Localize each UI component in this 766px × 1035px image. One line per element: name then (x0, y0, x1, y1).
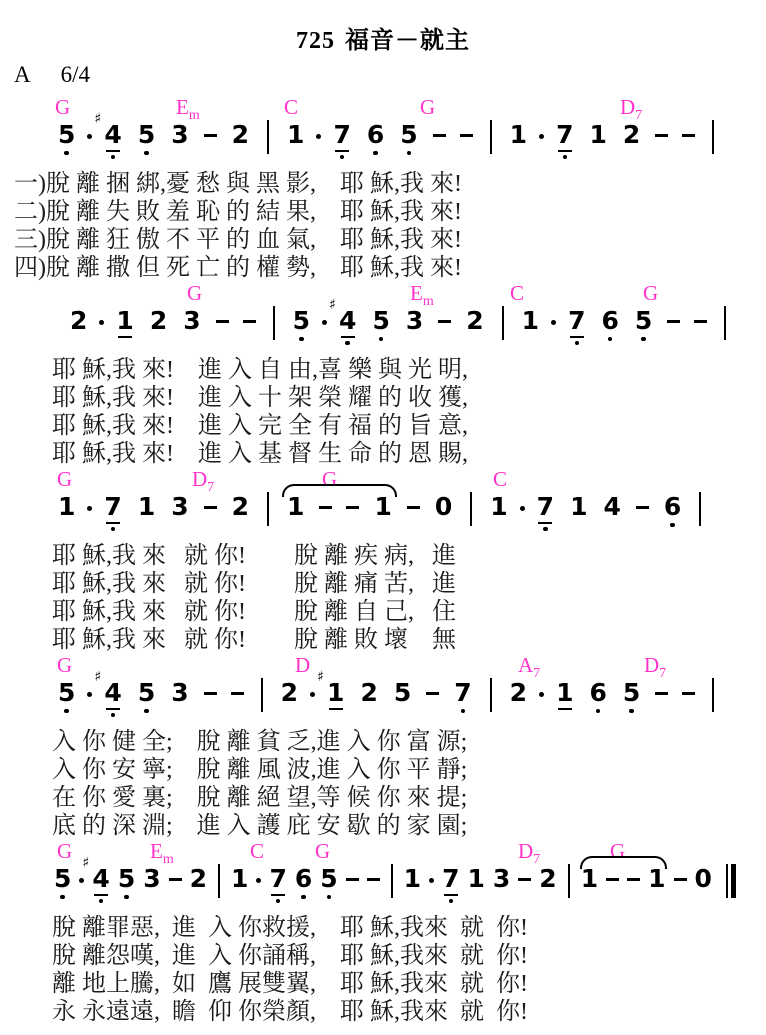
note-digit: 2 (360, 680, 377, 706)
note-digit: 5 (394, 680, 411, 706)
note: 5 (58, 680, 75, 713)
lyrics-block: 脫 離罪惡, 進 入 你救援, 耶 穌,我來 就 你!脫 離怨嘆, 進 入 你誦… (52, 914, 766, 1026)
lyric-line: 耶 穌,我 來! 進 入 十 架 榮 耀 的 收 獲, (52, 384, 766, 412)
note: 3 (171, 494, 188, 520)
low-octave-dot (670, 523, 675, 528)
hymn-page: 725福音－就主 A6/4 GEmCGD75♯453217651712一)脫 離… (0, 0, 766, 1035)
eighth-underline (558, 708, 572, 711)
hymn-number: 725 (296, 28, 335, 54)
final-barline (726, 864, 736, 898)
chord-subscript: 7 (533, 666, 540, 681)
note-digit: 6 (589, 680, 606, 706)
sharp-icon: ♯ (329, 299, 336, 311)
low-octave-dot (327, 895, 332, 900)
note-digit: 4 (339, 308, 356, 334)
low-octave-dot (629, 709, 634, 714)
augmentation-dot (429, 878, 434, 883)
note-digit: 1 (581, 866, 598, 892)
eighth-underline (106, 708, 120, 711)
note: 7 (537, 494, 554, 531)
final-barline-thin (726, 864, 728, 898)
barline (391, 864, 393, 898)
duration-dash (682, 134, 695, 137)
augmentation-dot (316, 134, 321, 139)
eighth-underline (106, 522, 120, 525)
note-digit: 0 (435, 494, 452, 520)
augmentation-dot (539, 692, 544, 697)
note-digit: 1 (467, 866, 484, 892)
lyric-line: 底 的 深 淵; 進 入 護 庇 安 歇 的 家 園; (52, 812, 766, 840)
duration-dash (231, 692, 244, 695)
augmentation-dot (87, 692, 92, 697)
duration-dash (367, 878, 380, 881)
low-octave-dot (543, 527, 548, 532)
system: GEmCGD75♯453217651712一)脫 離 捆 綁,憂 愁 與 黑 影… (0, 96, 766, 282)
note-digit: 7 (269, 866, 286, 892)
note: 5 (293, 308, 310, 341)
hymn-title-text: 福音－就主 (345, 28, 470, 54)
lyric-line: 二)脫 離 失 敗 羞 恥 的 結 果, 耶 穌,我 來! (14, 198, 766, 226)
low-octave-dot (340, 155, 345, 160)
duration-dash (243, 320, 256, 323)
low-octave-dot (144, 151, 149, 156)
time-signature: 6/4 (61, 62, 90, 87)
note: 1 (589, 122, 606, 148)
note-digit: 2 (539, 866, 556, 892)
eighth-underline (106, 150, 120, 153)
note: 1 (570, 494, 587, 520)
duration-dash (346, 506, 359, 509)
note: 1 (374, 494, 391, 520)
chord-row: GEmCGD7 (0, 96, 766, 121)
note-digit: 5 (623, 680, 640, 706)
chord-root: C (284, 95, 298, 119)
score: GEmCGD75♯453217651712一)脫 離 捆 綁,憂 愁 與 黑 影… (0, 96, 766, 1026)
note: 5 (138, 680, 155, 713)
duration-dash (606, 878, 619, 881)
duration-dash (674, 878, 687, 881)
barline (724, 306, 726, 340)
lyric-line: 一)脫 離 捆 綁,憂 愁 與 黑 影, 耶 穌,我 來! (14, 170, 766, 198)
low-octave-dot (64, 709, 69, 714)
duration-dash (655, 134, 668, 137)
chord-root: G (55, 95, 70, 119)
note: 3 (171, 122, 188, 148)
chord-root: E (150, 839, 163, 863)
chord-root: D (518, 839, 533, 863)
note-digit: 7 (537, 494, 554, 520)
low-octave-dot (449, 899, 454, 904)
eighth-underline (341, 336, 355, 339)
lyric-line: 耶 穌,我 來 就 你! 脫 離 敗 壞 無 (52, 626, 766, 654)
barline (261, 678, 263, 712)
note-digit: 1 (570, 494, 587, 520)
duration-dash (518, 878, 531, 881)
duration-dash (169, 878, 182, 881)
chord-root: E (176, 95, 189, 119)
augmentation-dot (520, 506, 525, 511)
eighth-underline (271, 894, 285, 897)
note-digit: 5 (58, 122, 75, 148)
low-octave-dot (641, 337, 646, 342)
key-signature-row: A6/4 (14, 62, 766, 94)
note-digit: 1 (327, 680, 344, 706)
note: 7 (333, 122, 350, 159)
low-octave-dot (111, 155, 116, 160)
note: 6 (664, 494, 681, 527)
note-digit: 3 (183, 308, 200, 334)
note: 2 (539, 866, 556, 892)
chord-root: C (493, 467, 507, 491)
note-digit: 3 (493, 866, 510, 892)
low-octave-dot (64, 151, 69, 156)
note-digit: 6 (601, 308, 618, 334)
system: GDA7D75♯4532♯12572165入 你 健 全; 脫 離 貧 乏,進 … (0, 654, 766, 840)
chord-symbol: D7 (192, 468, 214, 499)
note: 5 (400, 122, 417, 155)
barline (470, 492, 472, 526)
low-octave-dot (111, 527, 116, 532)
low-octave-dot (60, 895, 65, 900)
lyric-line: 脫 離怨嘆, 進 入 你誦稱, 耶 穌,我來 就 你! (52, 942, 766, 970)
duration-dash (636, 506, 649, 509)
chord-symbol: D (295, 654, 310, 676)
duration-dash (426, 692, 439, 695)
tie-group: 11 (279, 494, 400, 520)
note: 2 (623, 122, 640, 148)
augmentation-dot (87, 134, 92, 139)
augmentation-dot (256, 878, 261, 883)
note: 6 (601, 308, 618, 341)
note: 1 (581, 866, 598, 892)
low-octave-dot (563, 155, 568, 160)
eighth-underline (335, 150, 349, 153)
note-digit: 5 (372, 308, 389, 334)
lyric-line: 耶 穌,我 來! 進 入 自 由,喜 樂 與 光 明, (52, 356, 766, 384)
note: 2 (232, 494, 249, 520)
note-digit: 7 (556, 122, 573, 148)
chord-subscript: m (163, 852, 174, 867)
duration-dash (319, 506, 332, 509)
note-digit: 3 (406, 308, 423, 334)
eighth-underline (94, 894, 108, 897)
lyric-line: 入 你 安 寧; 脫 離 風 波,進 入 你 平 靜; (52, 756, 766, 784)
system: GEmCGD7G5♯4532176517132110脫 離罪惡, 進 入 你救援… (0, 840, 766, 1026)
note: 1 (648, 866, 665, 892)
note-digit: 1 (648, 866, 665, 892)
note-digit: 2 (232, 494, 249, 520)
augmentation-dot (87, 506, 92, 511)
chord-symbol: D7 (644, 654, 666, 685)
note: 3 (183, 308, 200, 334)
note: 1 (287, 122, 304, 148)
note-digit: 2 (70, 308, 87, 334)
key-letter: A (14, 62, 31, 87)
note: 1 (116, 308, 133, 338)
lyric-line: 離 地上騰, 如 鷹 展雙翼, 耶 穌,我來 就 你! (52, 970, 766, 998)
note-digit: 6 (664, 494, 681, 520)
note: 2 (510, 680, 527, 706)
note: 2 (150, 308, 167, 334)
note: 4 (603, 494, 620, 520)
chord-root: A (518, 653, 533, 677)
final-barline-thick (731, 864, 736, 898)
note: 1 (556, 680, 573, 710)
lyric-line: 在 你 愛 裏; 脫 離 絕 望,等 候 你 來 提; (52, 784, 766, 812)
note-digit: 6 (367, 122, 384, 148)
note-digit: 5 (635, 308, 652, 334)
note: 2 (232, 122, 249, 148)
note: 3 (493, 866, 510, 892)
low-octave-dot (111, 713, 116, 718)
duration-dash (216, 320, 229, 323)
low-octave-dot (276, 899, 281, 904)
augmentation-dot (551, 320, 556, 325)
note: 1 (404, 866, 421, 892)
note: 1 (231, 866, 248, 892)
note-digit: 2 (510, 680, 527, 706)
sharp-icon: ♯ (317, 671, 324, 683)
eighth-underline (329, 708, 343, 711)
note: ♯4 (104, 680, 121, 717)
chord-symbol: C (510, 282, 524, 304)
lyric-line: 永 永遠遠, 瞻 仰 你榮顏, 耶 穌,我來 就 你! (52, 998, 766, 1026)
low-octave-dot (379, 337, 384, 342)
note: 5 (623, 680, 640, 713)
lyrics-block: 耶 穌,我 來 就 你! 脫 離 疾 病, 進耶 穌,我 來 就 你! 脫 離 … (52, 542, 766, 654)
note: 6 (295, 866, 312, 899)
duration-dash (204, 692, 217, 695)
low-octave-dot (407, 151, 412, 156)
chord-symbol: G (315, 840, 330, 862)
lyric-line: 三)脫 離 狂 傲 不 平 的 血 氣, 耶 穌,我 來! (14, 226, 766, 254)
note: 5 (118, 866, 135, 899)
chord-symbol: C (250, 840, 264, 862)
eighth-underline (538, 522, 552, 525)
chord-root: D (192, 467, 207, 491)
sharp-icon: ♯ (94, 671, 101, 683)
note-digit: 1 (490, 494, 507, 520)
note-digit: 1 (138, 494, 155, 520)
chord-row: GDA7D7 (0, 654, 766, 679)
note-digit: 4 (92, 866, 109, 892)
lyric-line: 耶 穌,我 來 就 你! 脫 離 自 己, 住 (52, 598, 766, 626)
note: 7 (556, 122, 573, 159)
note: 5 (394, 680, 411, 706)
note-digit: 5 (138, 122, 155, 148)
duration-dash (682, 692, 695, 695)
eighth-underline (118, 336, 132, 339)
note: ♯4 (92, 866, 109, 903)
note: 1 (467, 866, 484, 892)
note: 5 (372, 308, 389, 341)
lyric-line: 脫 離罪惡, 進 入 你救援, 耶 穌,我來 就 你! (52, 914, 766, 942)
note: 5 (54, 866, 71, 899)
note-digit: 5 (138, 680, 155, 706)
note-digit: 2 (281, 680, 298, 706)
hymn-title: 725福音－就主 (0, 20, 766, 54)
note: 6 (589, 680, 606, 713)
note-digit: 6 (295, 866, 312, 892)
note: 1 (490, 494, 507, 520)
note-digit: 7 (454, 680, 471, 706)
barline (267, 492, 269, 526)
augmentation-dot (539, 134, 544, 139)
note-digit: 3 (171, 494, 188, 520)
chord-root: D (620, 95, 635, 119)
note-digit: 7 (104, 494, 121, 520)
chord-root: C (510, 281, 524, 305)
note-digit: 1 (404, 866, 421, 892)
note-digit: 1 (510, 122, 527, 148)
duration-dash (694, 320, 707, 323)
note: 7 (104, 494, 121, 531)
note: 5 (635, 308, 652, 341)
note-digit: 2 (232, 122, 249, 148)
sharp-icon: ♯ (82, 857, 89, 869)
chord-symbol: G (57, 840, 72, 862)
system: GD7GC1713211017146耶 穌,我 來 就 你! 脫 離 疾 病, … (0, 468, 766, 654)
music-row: 5♯4532176517132110 (50, 866, 766, 912)
low-octave-dot (301, 895, 306, 900)
note-digit: 3 (143, 866, 160, 892)
note-digit: 3 (171, 122, 188, 148)
note: 1 (522, 308, 539, 334)
augmentation-dot (99, 320, 104, 325)
chord-subscript: m (189, 108, 200, 123)
barline (273, 306, 275, 340)
lyrics-block: 耶 穌,我 來! 進 入 自 由,喜 樂 與 光 明,耶 穌,我 來! 進 入 … (52, 356, 766, 468)
note: 3 (406, 308, 423, 334)
lyric-line: 耶 穌,我 來! 進 入 基 督 生 命 的 恩 賜, (52, 440, 766, 468)
note: 2 (466, 308, 483, 334)
note: 0 (695, 866, 712, 892)
lyric-line: 入 你 健 全; 脫 離 貧 乏,進 入 你 富 源; (52, 728, 766, 756)
note-digit: 2 (623, 122, 640, 148)
note: ♯1 (327, 680, 344, 710)
note-digit: 1 (287, 494, 304, 520)
note: 1 (510, 122, 527, 148)
note: 1 (138, 494, 155, 520)
augmentation-dot (310, 692, 315, 697)
note-digit: 2 (466, 308, 483, 334)
note: ♯4 (339, 308, 356, 345)
note-digit: 1 (522, 308, 539, 334)
duration-dash (346, 878, 359, 881)
note-digit: 1 (589, 122, 606, 148)
chord-subscript: 7 (207, 480, 214, 495)
note: 1 (287, 494, 304, 520)
chord-root: G (57, 653, 72, 677)
low-octave-dot (575, 341, 580, 346)
chord-symbol: D7 (518, 840, 540, 871)
chord-root: D (295, 653, 310, 677)
duration-dash (204, 506, 217, 509)
note: 3 (143, 866, 160, 892)
chord-root: D (644, 653, 659, 677)
duration-dash (438, 320, 451, 323)
low-octave-dot (99, 899, 104, 904)
note: ♯4 (104, 122, 121, 159)
chord-root: C (250, 839, 264, 863)
note-digit: 0 (695, 866, 712, 892)
note-digit: 1 (287, 122, 304, 148)
barline (712, 678, 714, 712)
note-digit: 7 (333, 122, 350, 148)
low-octave-dot (461, 709, 466, 714)
music-row: 5♯4532♯12572165 (50, 680, 766, 726)
lyrics-block: 入 你 健 全; 脫 離 貧 乏,進 入 你 富 源;入 你 安 寧; 脫 離 … (52, 728, 766, 840)
note: 2 (190, 866, 207, 892)
chord-symbol: C (493, 468, 507, 490)
barline (568, 864, 570, 898)
chord-root: G (315, 839, 330, 863)
note-digit: 4 (603, 494, 620, 520)
note-digit: 1 (58, 494, 75, 520)
note-digit: 5 (118, 866, 135, 892)
low-octave-dot (299, 337, 304, 342)
barline (218, 864, 220, 898)
barline (490, 120, 492, 154)
chord-root: G (420, 95, 435, 119)
low-octave-dot (144, 709, 149, 714)
chord-row: GEmCG (0, 282, 766, 307)
tie-group: 11 (577, 866, 670, 892)
chord-symbol: G (187, 282, 202, 304)
chord-symbol: G (55, 96, 70, 118)
chord-symbol: G (420, 96, 435, 118)
chord-symbol: G (57, 468, 72, 490)
note: 5 (138, 122, 155, 155)
eighth-underline (444, 894, 458, 897)
duration-dash (433, 134, 446, 137)
note-digit: 1 (556, 680, 573, 706)
note-digit: 4 (104, 680, 121, 706)
note-digit: 1 (374, 494, 391, 520)
low-octave-dot (608, 337, 613, 342)
barline (267, 120, 269, 154)
chord-root: G (187, 281, 202, 305)
note: 3 (171, 680, 188, 706)
low-octave-dot (373, 151, 378, 156)
lyric-line: 四)脫 離 撒 但 死 亡 的 權 勢, 耶 穌,我 來! (14, 254, 766, 282)
note-digit: 7 (442, 866, 459, 892)
duration-dash (460, 134, 473, 137)
duration-dash (655, 692, 668, 695)
lyric-line: 耶 穌,我 來! 進 入 完 全 有 福 的 旨 意, (52, 412, 766, 440)
music-row: 1713211017146 (50, 494, 766, 540)
note: 6 (367, 122, 384, 155)
lyric-line: 耶 穌,我 來 就 你! 脫 離 疾 病, 進 (52, 542, 766, 570)
barline (712, 120, 714, 154)
note: 7 (269, 866, 286, 903)
sharp-icon: ♯ (94, 113, 101, 125)
barline (502, 306, 504, 340)
low-octave-dot (124, 895, 129, 900)
note-digit: 5 (293, 308, 310, 334)
note: 7 (442, 866, 459, 903)
note-digit: 2 (190, 866, 207, 892)
music-row: 5♯453217651712 (50, 122, 766, 168)
note: 2 (70, 308, 87, 334)
note-digit: 4 (104, 122, 121, 148)
chord-root: G (57, 467, 72, 491)
chord-root: E (410, 281, 423, 305)
low-octave-dot (345, 341, 350, 346)
note-digit: 5 (58, 680, 75, 706)
system: GEmCG21235♯45321765耶 穌,我 來! 進 入 自 由,喜 樂 … (0, 282, 766, 468)
chord-subscript: 7 (659, 666, 666, 681)
